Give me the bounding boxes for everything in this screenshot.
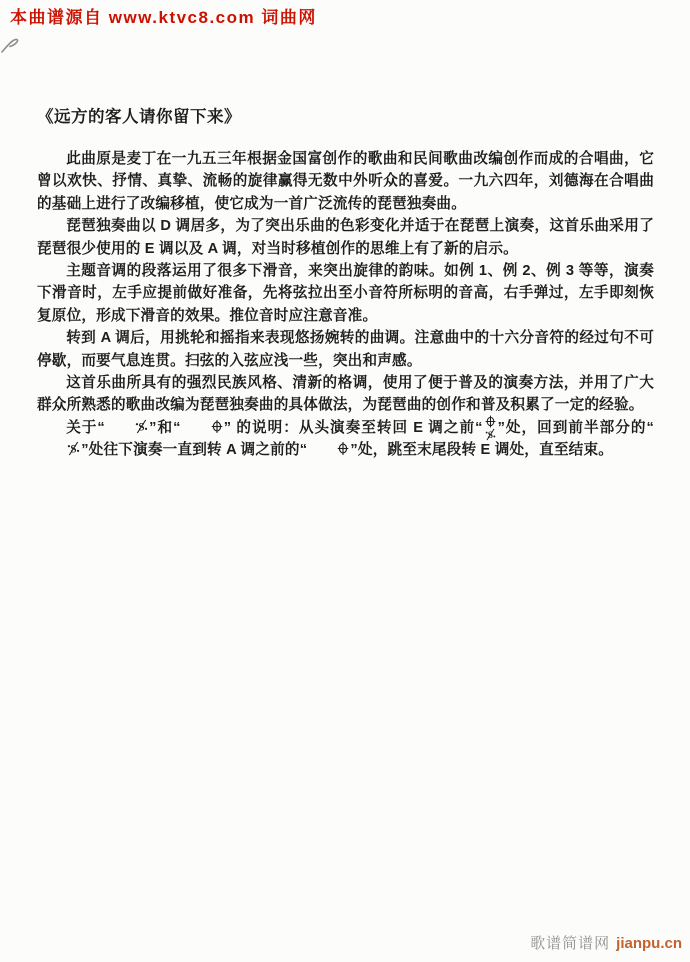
paragraph: 转到 A 调后，用挑轮和摇指来表现悠扬婉转的曲调。注意曲中的十六分音符的经过句不… (37, 327, 654, 372)
paragraph: 琵琶独奏曲以 D 调居多，为了突出乐曲的色彩变化并适于在琵琶上演奏，这首乐曲采用… (37, 215, 654, 260)
coda-segno-stack-icon: S (485, 415, 496, 441)
paragraph: 此曲原是麦丁在一九五三年根据金国富创作的歌曲和民间歌曲改编创作而成的合唱曲，它曾… (37, 148, 654, 215)
segno-icon: S (106, 419, 148, 434)
site-watermark-footer: 歌谱简谱网jianpu.cn (530, 932, 682, 953)
scanned-sheet-music-notes-page: 本曲谱源自 www.ktvc8.com 词曲网 《远方的客人请你留下来》 此曲原… (0, 0, 690, 962)
footer-site-name: 歌谱简谱网 (530, 935, 610, 952)
svg-text:S: S (138, 422, 144, 434)
svg-text:S: S (487, 431, 492, 441)
segno-icon: S (38, 441, 80, 456)
notes-paragraph: 关于“S”和“” 的说明：从头演奏至转回 E 调之前“S”处，回到前半部分的“S… (37, 417, 654, 462)
coda-icon (308, 441, 349, 456)
paragraph: 这首乐曲所具有的强烈民族风格、清新的格调，使用了便于普及的演奏方法，并用了广大群… (37, 372, 654, 417)
article-paragraphs: 此曲原是麦丁在一九五三年根据金国富创作的歌曲和民间歌曲改编创作而成的合唱曲，它曾… (37, 148, 654, 462)
article: 《远方的客人请你留下来》 此曲原是麦丁在一九五三年根据金国富创作的歌曲和民间歌曲… (37, 103, 654, 462)
site-watermark-header: 本曲谱源自 www.ktvc8.com 词曲网 (10, 3, 317, 28)
coda-icon (182, 419, 223, 434)
song-title: 《远方的客人请你留下来》 (37, 103, 654, 127)
svg-text:S: S (71, 444, 77, 456)
footer-site-url: jianpu.cn (616, 935, 682, 952)
pen-mark-scribble (1, 36, 23, 56)
paragraph: 主题音调的段落运用了很多下滑音，来突出旋律的韵味。如例 1、例 2、例 3 等等… (37, 260, 654, 327)
